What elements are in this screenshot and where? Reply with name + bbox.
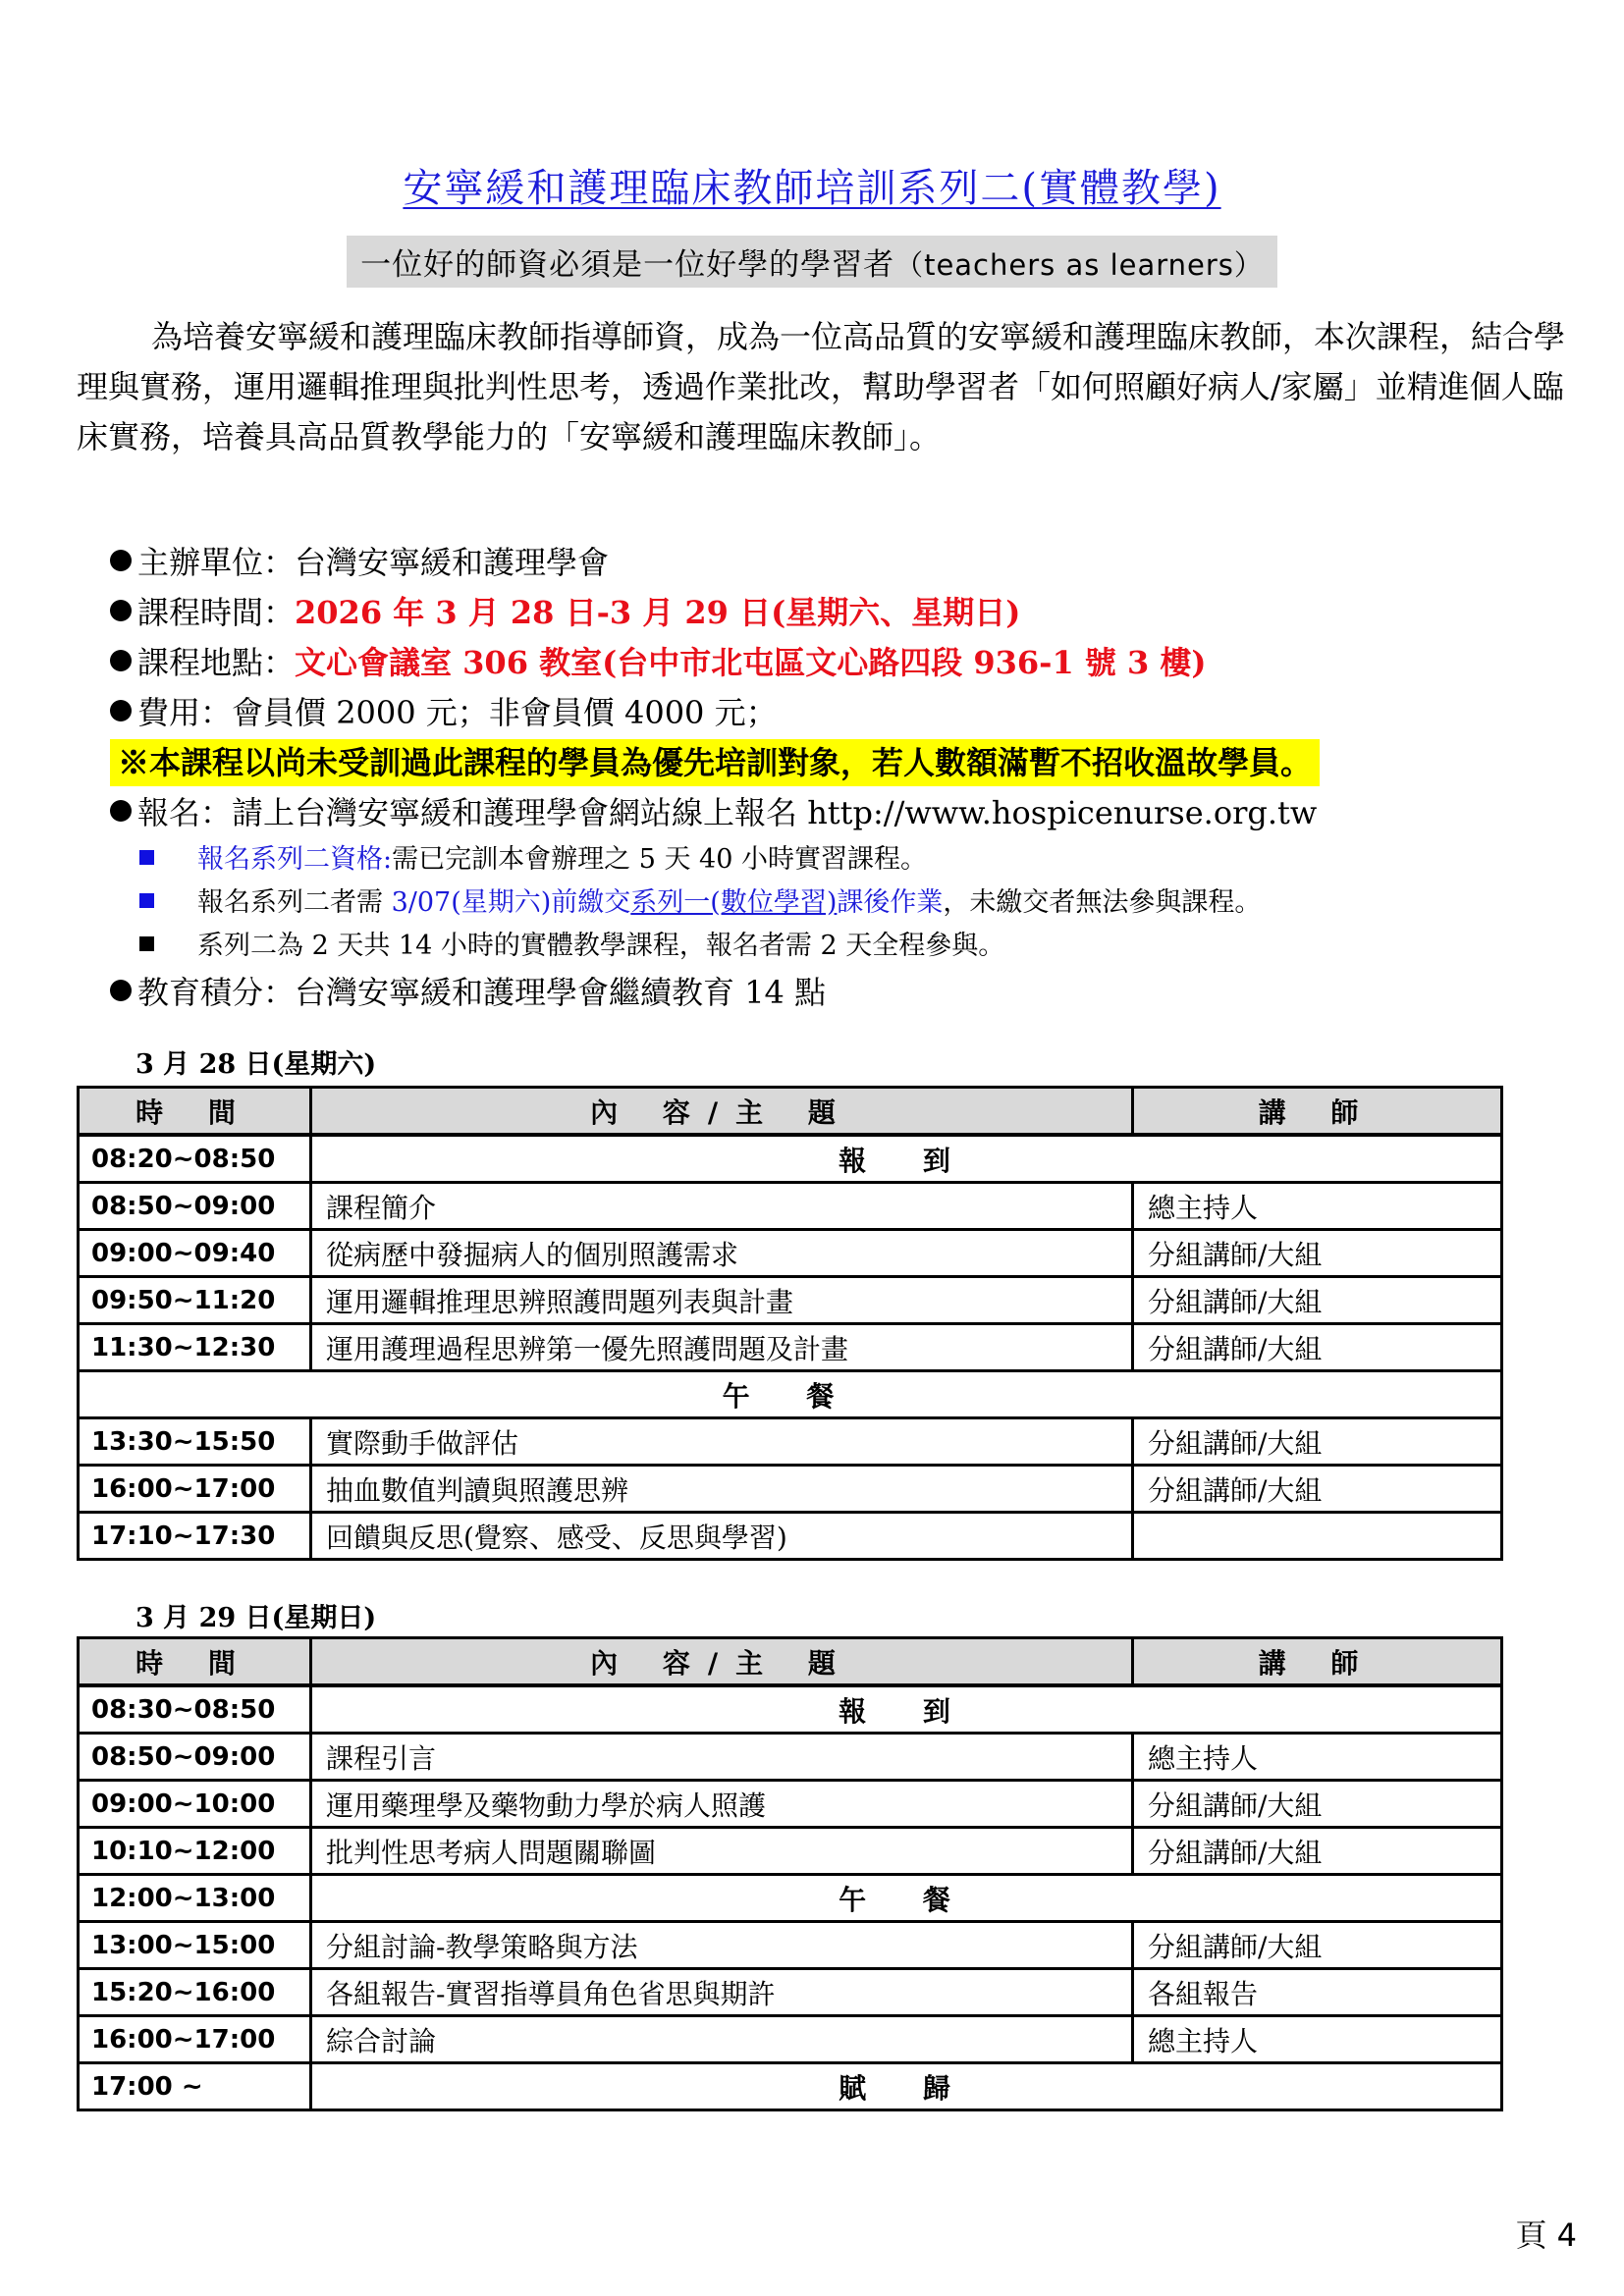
speaker-cell: 分組講師/大組 bbox=[1133, 1466, 1502, 1513]
bullet-icon bbox=[110, 980, 132, 1001]
content-cell: 綜合討論 bbox=[311, 2016, 1133, 2063]
bullet-icon bbox=[110, 800, 132, 822]
time-cell: 08:50~09:00 bbox=[79, 1734, 311, 1781]
table-row: 17:10~17:30回饋與反思(覺察、感受、反思與學習) bbox=[79, 1513, 1502, 1560]
speaker-cell: 分組講師/大組 bbox=[1133, 1922, 1502, 1969]
table-header-row: 時 間內 容/主 題講 師 bbox=[79, 1088, 1502, 1136]
content-cell: 批判性思考病人問題關聯圖 bbox=[311, 1828, 1133, 1875]
event-cell: 報 到 bbox=[311, 1685, 1502, 1734]
subtitle: 一位好的師資必須是一位好學的學習者（teachers as learners） bbox=[347, 236, 1277, 288]
credit-label: 教育積分： bbox=[137, 974, 295, 1011]
homework-item: 報名系列二者需 3/07(星期六)前繳交系列一(數位學習)課後作業，未繳交者無法… bbox=[110, 881, 1583, 925]
speaker-cell: 總主持人 bbox=[1133, 1183, 1502, 1230]
fee-item: 費用：會員價 2000 元；非會員價 4000 元； bbox=[110, 688, 1583, 738]
speaker-cell: 分組講師/大組 bbox=[1133, 1781, 1502, 1828]
table-row: 08:50~09:00課程簡介總主持人 bbox=[79, 1183, 1502, 1230]
subtitle-banner: 一位好的師資必須是一位好學的學習者（teachers as learners） bbox=[0, 236, 1624, 288]
table-row: 10:10~12:00批判性思考病人問題關聯圖分組講師/大組 bbox=[79, 1828, 1502, 1875]
time-cell: 09:00~09:40 bbox=[79, 1230, 311, 1277]
table-row: 12:00~13:00午 餐 bbox=[79, 1875, 1502, 1922]
content-cell: 分組討論-教學策略與方法 bbox=[311, 1922, 1133, 1969]
time-value: 2026 年 3 月 28 日-3 月 29 日(星期六、星期日) bbox=[295, 594, 1020, 631]
time-cell: 08:20~08:50 bbox=[79, 1135, 311, 1183]
speaker-cell: 各組報告 bbox=[1133, 1969, 1502, 2016]
time-cell: 17:10~17:30 bbox=[79, 1513, 311, 1560]
time-cell: 08:30~08:50 bbox=[79, 1685, 311, 1734]
register-label: 報名： bbox=[137, 794, 232, 831]
attendance-text: 系列二為 2 天共 14 小時的實體教學課程，報名者需 2 天全程參與。 bbox=[197, 931, 1004, 961]
table-row: 16:00~17:00抽血數值判讀與照護思辨分組講師/大組 bbox=[79, 1466, 1502, 1513]
table-row: 13:00~15:00分組討論-教學策略與方法分組講師/大組 bbox=[79, 1922, 1502, 1969]
intro-paragraph: 為培養安寧緩和護理臨床教師指導師資，成為一位高品質的安寧緩和護理臨床教師，本次課… bbox=[77, 312, 1589, 462]
time-cell: 10:10~12:00 bbox=[79, 1828, 311, 1875]
table-row: 午 餐 bbox=[79, 1371, 1502, 1418]
square-bullet-icon bbox=[139, 936, 154, 951]
place-label: 課程地點： bbox=[137, 644, 295, 681]
square-bullet-icon bbox=[139, 850, 154, 865]
eligibility-text: 需已完訓本會辦理之 5 天 40 小時實習課程。 bbox=[392, 844, 927, 875]
organizer-item: 主辦單位：台灣安寧緩和護理學會 bbox=[110, 538, 1583, 588]
bullet-icon bbox=[110, 650, 132, 671]
day2-label: 3 月 29 日(星期日) bbox=[135, 1596, 376, 1634]
table-row: 08:50~09:00課程引言總主持人 bbox=[79, 1734, 1502, 1781]
table-row: 09:00~10:00運用藥理學及藥物動力學於病人照護分組講師/大組 bbox=[79, 1781, 1502, 1828]
time-cell: 13:30~15:50 bbox=[79, 1418, 311, 1466]
homework-pre: 報名系列二者需 bbox=[197, 887, 392, 918]
time-cell: 11:30~12:30 bbox=[79, 1324, 311, 1371]
content-cell: 運用護理過程思辨第一優先照護問題及計畫 bbox=[311, 1324, 1133, 1371]
time-cell: 09:50~11:20 bbox=[79, 1277, 311, 1324]
table-row: 11:30~12:30運用護理過程思辨第一優先照護問題及計畫分組講師/大組 bbox=[79, 1324, 1502, 1371]
content-cell: 各組報告-實習指導員角色省思與期許 bbox=[311, 1969, 1133, 2016]
credit-item: 教育積分：台灣安寧緩和護理學會繼續教育 14 點 bbox=[110, 968, 1583, 1018]
course-info-list: 主辦單位：台灣安寧緩和護理學會 課程時間：2026 年 3 月 28 日-3 月… bbox=[110, 538, 1583, 1018]
day1-label: 3 月 28 日(星期六) bbox=[135, 1042, 376, 1081]
header-speaker: 講 師 bbox=[1133, 1088, 1502, 1136]
speaker-cell: 分組講師/大組 bbox=[1133, 1277, 1502, 1324]
bullet-icon bbox=[110, 700, 132, 721]
subtitle-en: （teachers as learners） bbox=[894, 248, 1264, 282]
event-cell: 賦 歸 bbox=[311, 2063, 1502, 2110]
table-row: 09:00~09:40從病歷中發掘病人的個別照護需求分組講師/大組 bbox=[79, 1230, 1502, 1277]
bullet-icon bbox=[110, 600, 132, 621]
time-cell: 12:00~13:00 bbox=[79, 1875, 311, 1922]
table-row: 15:20~16:00各組報告-實習指導員角色省思與期許各組報告 bbox=[79, 1969, 1502, 2016]
time-label: 課程時間： bbox=[137, 594, 295, 631]
speaker-cell: 總主持人 bbox=[1133, 1734, 1502, 1781]
register-link[interactable]: 請上台灣安寧緩和護理學會網站線上報名 http://www.hospicenur… bbox=[232, 794, 1317, 831]
break-cell: 午 餐 bbox=[79, 1371, 1502, 1418]
organizer-value: 台灣安寧緩和護理學會 bbox=[295, 544, 609, 581]
content-cell: 從病歷中發掘病人的個別照護需求 bbox=[311, 1230, 1133, 1277]
page-number: 頁 4 bbox=[1515, 2211, 1577, 2256]
event-cell: 午 餐 bbox=[311, 1875, 1502, 1922]
subtitle-zh: 一位好的師資必須是一位好學的學習者 bbox=[360, 247, 894, 283]
table-header-row: 時 間內 容/主 題講 師 bbox=[79, 1638, 1502, 1686]
eligibility-item: 報名系列二資格:需已完訓本會辦理之 5 天 40 小時實習課程。 bbox=[110, 838, 1583, 881]
header-time: 時 間 bbox=[79, 1638, 311, 1686]
square-bullet-icon bbox=[139, 893, 154, 908]
content-cell: 回饋與反思(覺察、感受、反思與學習) bbox=[311, 1513, 1133, 1560]
eligibility-label: 報名系列二資格: bbox=[197, 844, 392, 875]
content-cell: 課程引言 bbox=[311, 1734, 1133, 1781]
content-cell: 實際動手做評估 bbox=[311, 1418, 1133, 1466]
header-content: 內 容/主 題 bbox=[311, 1088, 1133, 1136]
table-row: 08:20~08:50報 到 bbox=[79, 1135, 1502, 1183]
header-speaker: 講 師 bbox=[1133, 1638, 1502, 1686]
day1-schedule-table: 時 間內 容/主 題講 師08:20~08:50報 到08:50~09:00課程… bbox=[77, 1086, 1503, 1561]
series1-link[interactable]: 系列一(數位學習) bbox=[630, 887, 837, 918]
attendance-item: 系列二為 2 天共 14 小時的實體教學課程，報名者需 2 天全程參與。 bbox=[110, 925, 1583, 968]
table-row: 16:00~17:00綜合討論總主持人 bbox=[79, 2016, 1502, 2063]
header-time: 時 間 bbox=[79, 1088, 311, 1136]
time-cell: 16:00~17:00 bbox=[79, 1466, 311, 1513]
table-row: 09:50~11:20運用邏輯推理思辨照護問題列表與計畫分組講師/大組 bbox=[79, 1277, 1502, 1324]
header-content: 內 容/主 題 bbox=[311, 1638, 1133, 1686]
organizer-label: 主辦單位： bbox=[137, 544, 295, 581]
time-cell: 08:50~09:00 bbox=[79, 1183, 311, 1230]
speaker-cell: 分組講師/大組 bbox=[1133, 1230, 1502, 1277]
time-cell: 09:00~10:00 bbox=[79, 1781, 311, 1828]
content-cell: 運用邏輯推理思辨照護問題列表與計畫 bbox=[311, 1277, 1133, 1324]
intro-text: 為培養安寧緩和護理臨床教師指導師資，成為一位高品質的安寧緩和護理臨床教師，本次課… bbox=[77, 312, 1589, 462]
speaker-cell: 總主持人 bbox=[1133, 2016, 1502, 2063]
fee-label: 費用： bbox=[137, 694, 232, 731]
course-time-item: 課程時間：2026 年 3 月 28 日-3 月 29 日(星期六、星期日) bbox=[110, 588, 1583, 638]
content-cell: 抽血數值判讀與照護思辨 bbox=[311, 1466, 1133, 1513]
homework-date: 3/07(星期六)前繳交 bbox=[392, 887, 631, 918]
time-cell: 16:00~17:00 bbox=[79, 2016, 311, 2063]
content-cell: 運用藥理學及藥物動力學於病人照護 bbox=[311, 1781, 1133, 1828]
time-cell: 15:20~16:00 bbox=[79, 1969, 311, 2016]
homework-label: 課後作業 bbox=[837, 887, 943, 918]
day2-schedule-table: 時 間內 容/主 題講 師08:30~08:50報 到08:50~09:00課程… bbox=[77, 1636, 1503, 2111]
event-cell: 報 到 bbox=[311, 1135, 1502, 1183]
place-value: 文心會議室 306 教室(台中市北屯區文心路四段 936-1 號 3 樓) bbox=[295, 644, 1207, 681]
speaker-cell bbox=[1133, 1513, 1502, 1560]
table-row: 17:00 ~賦 歸 bbox=[79, 2063, 1502, 2110]
priority-notice: ※本課程以尚未受訓過此課程的學員為優先培訓對象，若人數額滿暫不招收溫故學員。 bbox=[110, 739, 1320, 786]
time-cell: 17:00 ~ bbox=[79, 2063, 311, 2110]
content-cell: 課程簡介 bbox=[311, 1183, 1133, 1230]
homework-post: ，未繳交者無法參與課程。 bbox=[943, 887, 1261, 918]
speaker-cell: 分組講師/大組 bbox=[1133, 1828, 1502, 1875]
credit-value: 台灣安寧緩和護理學會繼續教育 14 點 bbox=[295, 974, 826, 1011]
table-row: 08:30~08:50報 到 bbox=[79, 1685, 1502, 1734]
bullet-icon bbox=[110, 550, 132, 571]
page-title: 安寧緩和護理臨床教師培訓系列二(實體教學) bbox=[0, 157, 1624, 213]
speaker-cell: 分組講師/大組 bbox=[1133, 1324, 1502, 1371]
time-cell: 13:00~15:00 bbox=[79, 1922, 311, 1969]
course-place-item: 課程地點：文心會議室 306 教室(台中市北屯區文心路四段 936-1 號 3 … bbox=[110, 638, 1583, 688]
register-item: 報名：請上台灣安寧緩和護理學會網站線上報名 http://www.hospice… bbox=[110, 788, 1583, 838]
speaker-cell: 分組講師/大組 bbox=[1133, 1418, 1502, 1466]
table-row: 13:30~15:50實際動手做評估分組講師/大組 bbox=[79, 1418, 1502, 1466]
fee-value: 會員價 2000 元；非會員價 4000 元； bbox=[232, 694, 778, 731]
